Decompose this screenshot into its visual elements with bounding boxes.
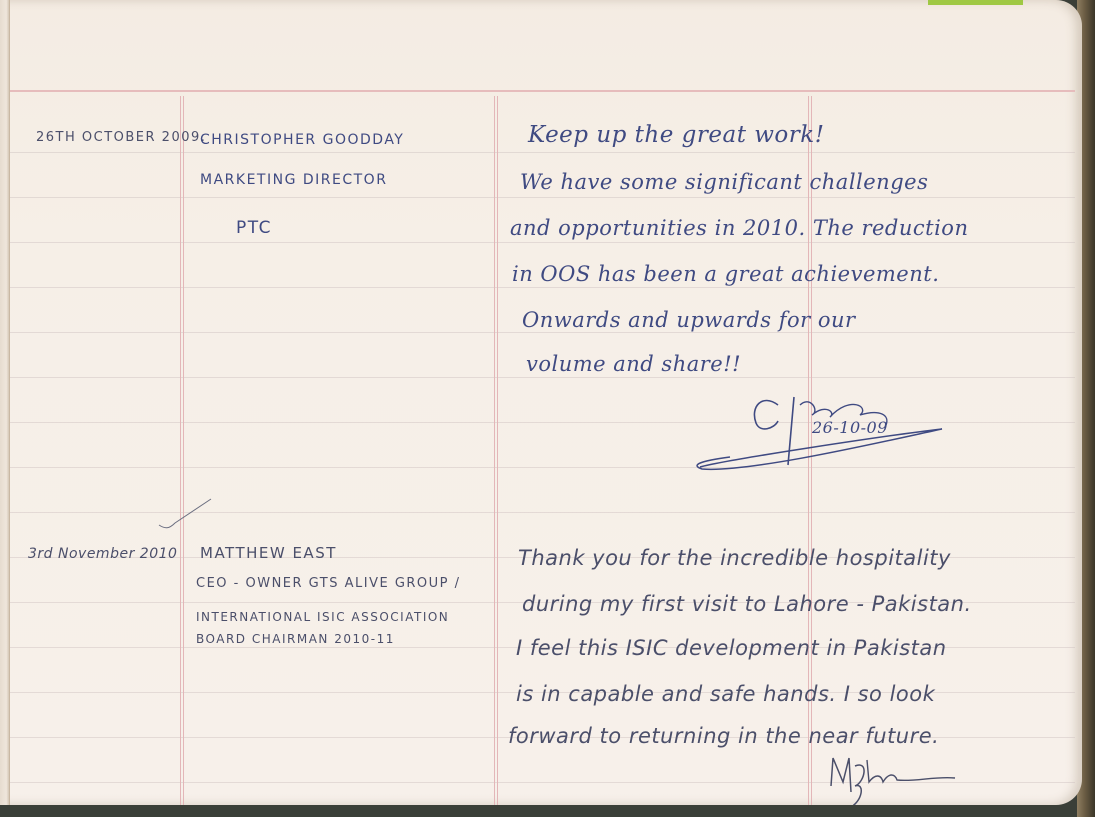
ruled-line: [10, 152, 1075, 153]
header-rule: [10, 90, 1075, 92]
ruled-line: [10, 377, 1075, 378]
message-line: I feel this ISIC development in Pakistan: [516, 636, 947, 660]
message-line: forward to returning in the near future.: [508, 724, 939, 748]
message-line: We have some significant challenges: [520, 170, 928, 194]
message-line: in OOS has been a great achievement.: [512, 262, 939, 286]
entry-company: PTC: [236, 218, 272, 238]
message-line: Keep up the great work!: [528, 122, 824, 148]
entry-name: Christopher Goodday: [200, 132, 404, 148]
ruled-line: [10, 332, 1075, 333]
column-divider-date: [180, 96, 181, 805]
page-binding: [0, 0, 10, 805]
entry-title: Marketing Director: [200, 172, 387, 188]
message-line: Onwards and upwards for our: [522, 308, 856, 332]
signature-icon: [825, 752, 965, 805]
ruled-line: [10, 242, 1075, 243]
checkmark-icon: [155, 495, 215, 535]
message-line: Thank you for the incredible hospitality: [518, 546, 951, 570]
message-line: and opportunities in 2010. The reduction: [510, 216, 968, 240]
message-line: is in capable and safe hands. I so look: [516, 682, 935, 706]
entry-title: CEO - Owner GTS Alive Group /: [196, 576, 461, 591]
message-line: volume and share!!: [526, 352, 741, 376]
entry-date: 3rd November 2010: [28, 546, 177, 562]
ruled-line: [10, 287, 1075, 288]
signature-date: 26-10-09: [812, 418, 888, 437]
column-divider-name: [494, 96, 495, 805]
bookmark-tab: [928, 0, 1023, 5]
ledger-page: 26th October 2009. Christopher Goodday M…: [0, 0, 1082, 805]
ruled-line: [10, 197, 1075, 198]
entry-name: Matthew East: [200, 544, 337, 562]
entry-organization: International ISIC Association: [196, 610, 449, 624]
entry-role: Board Chairman 2010-11: [196, 632, 395, 646]
entry-date: 26th October 2009.: [36, 130, 206, 145]
message-line: during my first visit to Lahore - Pakist…: [522, 592, 972, 616]
